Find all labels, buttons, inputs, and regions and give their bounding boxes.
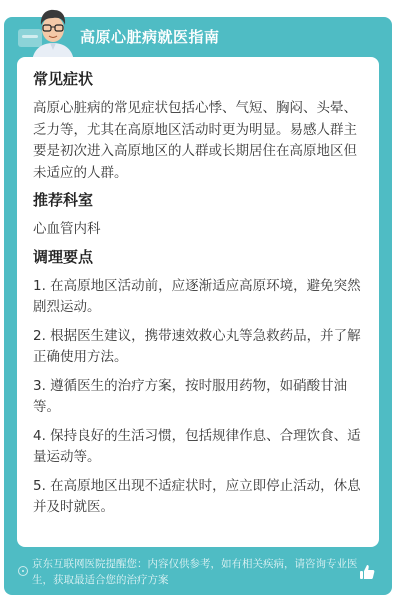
list-item: 4. 保持良好的生活习惯，包括规律作息、合理饮食、适量运动等。 (33, 426, 363, 469)
header: 高原心脏病就医指南 (4, 17, 392, 57)
info-icon (18, 566, 28, 576)
list-item: 2. 根据医生建议，携带速效救心丸等急救药品，并了解正确使用方法。 (33, 326, 363, 369)
disclaimer-text: 京东互联网医院提醒您：内容仅供参考，如有相关疾病，请咨询专业医生，获取最适合您的… (32, 556, 360, 588)
thumbs-up-icon[interactable] (359, 564, 375, 580)
list-item: 1. 在高原地区活动前，应逐渐适应高原环境，避免突然剧烈运动。 (33, 276, 363, 319)
page-title: 高原心脏病就医指南 (80, 26, 220, 47)
symptoms-text: 高原心脏病的常见症状包括心悸、气短、胸闷、头晕、乏力等，尤其在高原地区活动时更为… (33, 98, 363, 184)
section-title-care: 调理要点 (33, 247, 363, 267)
care-list: 1. 在高原地区活动前，应逐渐适应高原环境，避免突然剧烈运动。 2. 根据医生建… (33, 276, 363, 519)
doctor-avatar (26, 3, 80, 61)
footer: 京东互联网医院提醒您：内容仅供参考，如有相关疾病，请咨询专业医生，获取最适合您的… (4, 554, 392, 594)
section-title-symptoms: 常见症状 (33, 69, 363, 89)
guide-panel: 高原心脏病就医指南 常见症状 高原心脏病的常见症状包括心悸、气短、胸闷、头晕、乏… (4, 17, 392, 595)
department-text: 心血管内科 (33, 219, 363, 241)
list-item: 3. 遵循医生的治疗方案，按时服用药物，如硝酸甘油等。 (33, 376, 363, 419)
section-title-department: 推荐科室 (33, 190, 363, 210)
content-card: 常见症状 高原心脏病的常见症状包括心悸、气短、胸闷、头晕、乏力等，尤其在高原地区… (17, 57, 379, 547)
list-item: 5. 在高原地区出现不适症状时，应立即停止活动，休息并及时就医。 (33, 476, 363, 519)
